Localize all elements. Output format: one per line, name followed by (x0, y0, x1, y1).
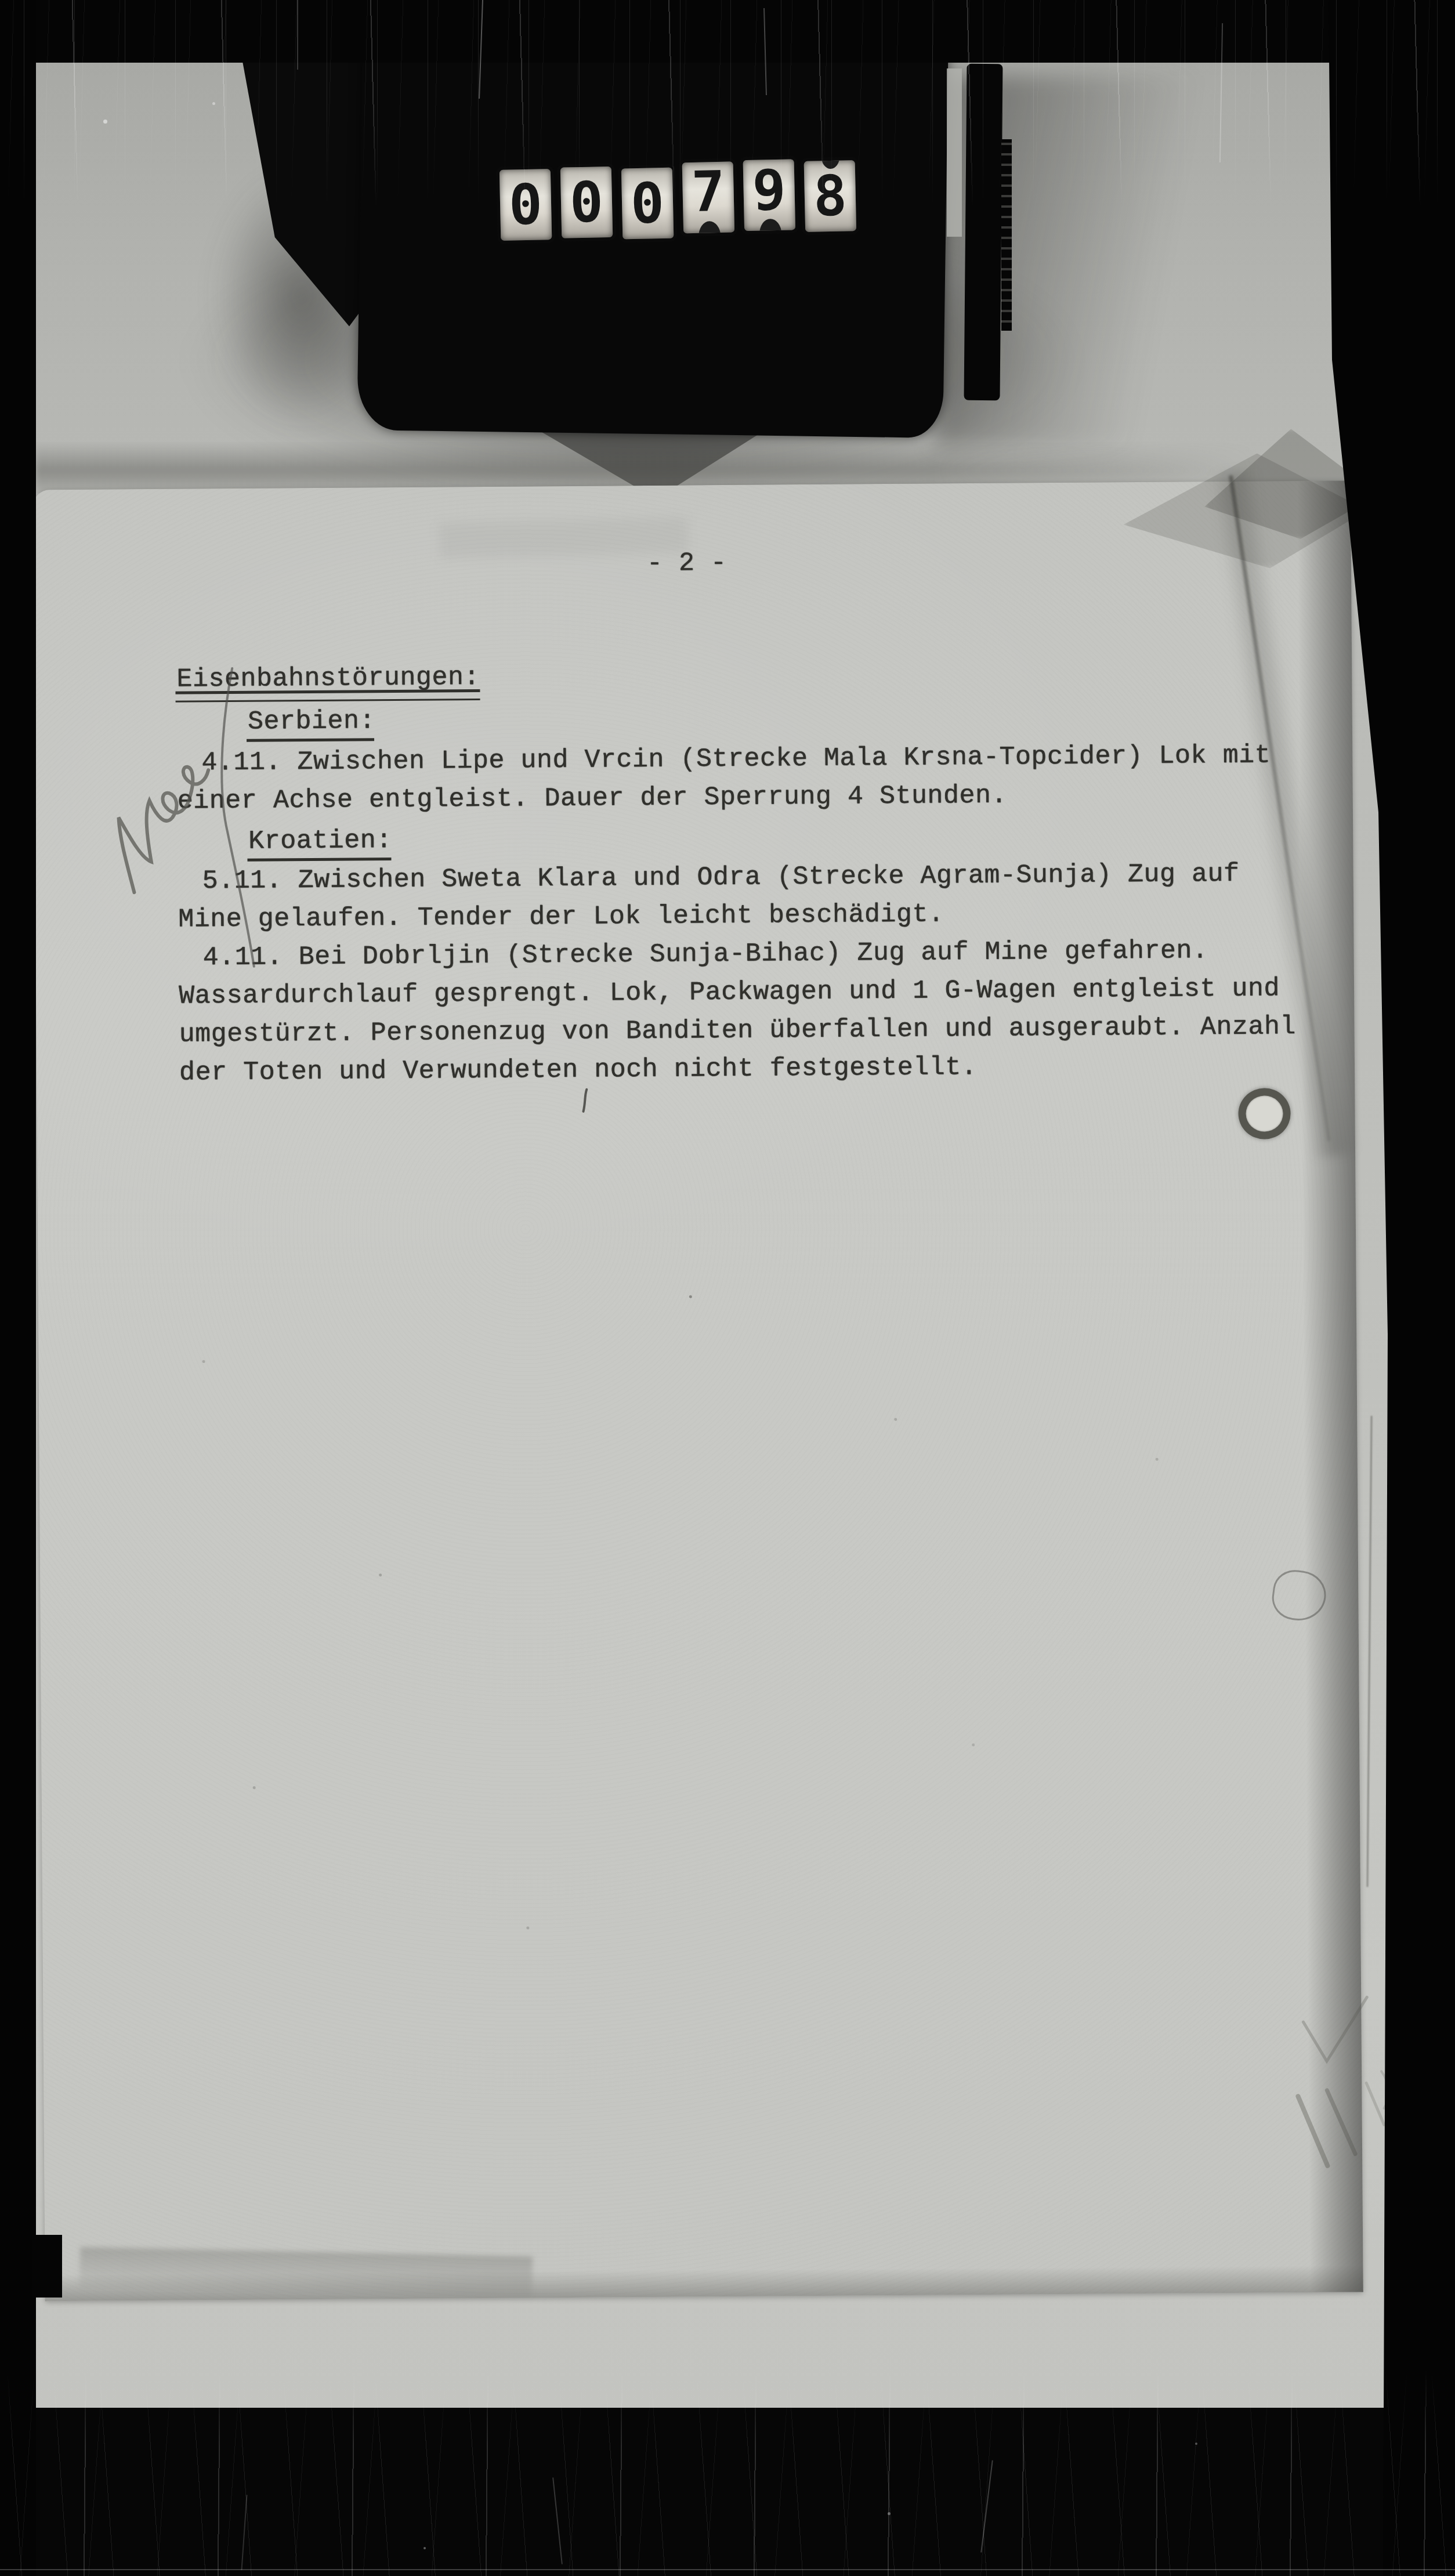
digit-value: 8 (813, 168, 848, 224)
film-edge-line (0, 2569, 1455, 2570)
body-line: 4.11. Bei Dobrljin (Strecke Sunja-Bihac)… (203, 938, 1208, 971)
body-line: 4.11. Zwischen Lipe und Vrcin (Strecke M… (201, 742, 1271, 776)
digit-value: 0 (569, 174, 604, 230)
body-line: 5.11. Zwischen Sweta Klara und Odra (Str… (202, 861, 1240, 894)
counter-digit: 9 (743, 159, 796, 231)
margin-bracket-line (221, 668, 254, 967)
counter-thumbwheel (1001, 139, 1012, 331)
pencil-stroke-3 (1366, 2083, 1384, 2125)
body-line: einer Achse entgleist. Dauer der Sperrun… (178, 783, 1008, 815)
film-top-border (0, 0, 1455, 63)
pencil-stroke-1 (1298, 2096, 1327, 2166)
counter-digit: 7 (682, 161, 735, 233)
dust-speck (972, 1743, 975, 1746)
body-line: umgestürzt. Personenzug von Banditen übe… (179, 1014, 1296, 1047)
dust-speck (202, 1360, 205, 1363)
handwritten-margin-note-nebe (71, 640, 282, 1001)
pencil-note-bottom-right (1252, 1984, 1404, 2183)
film-bottom-border (0, 2408, 1455, 2576)
counter-digit-window: 0 0 0 7 9 8 (500, 160, 884, 242)
film-left-border (0, 0, 36, 2576)
digit-value: 0 (630, 175, 665, 231)
pencil-checkmark (1303, 1997, 1367, 2061)
dust-speck (253, 1786, 256, 1789)
film-speck (424, 2547, 426, 2549)
counter-digit: 0 (500, 169, 552, 241)
body-line: Wassardurchlauf gesprengt. Lok, Packwage… (179, 975, 1280, 1009)
eyelet-ring (1238, 1088, 1291, 1139)
microfilm-frame: 0 0 0 7 9 8 - 2 - Eisenbahnstörungen: Se… (0, 0, 1455, 2576)
film-speck (212, 102, 215, 105)
scratch-mark (297, 0, 298, 70)
digit-value: 0 (508, 176, 543, 233)
dust-speck (1156, 1458, 1159, 1461)
document-page: - 2 - Eisenbahnstörungen: Serbien: 4.11.… (32, 480, 1363, 2301)
film-speck (103, 120, 107, 124)
body-line: Mine gelaufen. Tender der Lok leicht bes… (178, 901, 944, 932)
stray-ink-mark (577, 1087, 595, 1114)
film-speck (1195, 2443, 1197, 2445)
counter-digit: 8 (804, 160, 857, 232)
cursive-signature-stroke (92, 757, 241, 892)
digit-value: 7 (691, 164, 726, 220)
body-line: der Toten und Verwundeten noch nicht fes… (179, 1054, 978, 1086)
dust-speck (894, 1418, 897, 1421)
counter-slot (947, 68, 962, 237)
pencil-stroke-2 (1327, 2090, 1355, 2154)
page-number: - 2 - (647, 550, 727, 577)
counter-digit: 0 (621, 168, 674, 240)
digit-value: 9 (752, 162, 787, 219)
film-speck (888, 2512, 891, 2515)
counter-lever (964, 64, 1002, 401)
dust-speck (689, 1295, 692, 1298)
film-left-notch (32, 2235, 62, 2298)
dust-speck (379, 1573, 382, 1576)
counter-digit: 0 (560, 167, 613, 238)
dust-speck (526, 1926, 529, 1929)
